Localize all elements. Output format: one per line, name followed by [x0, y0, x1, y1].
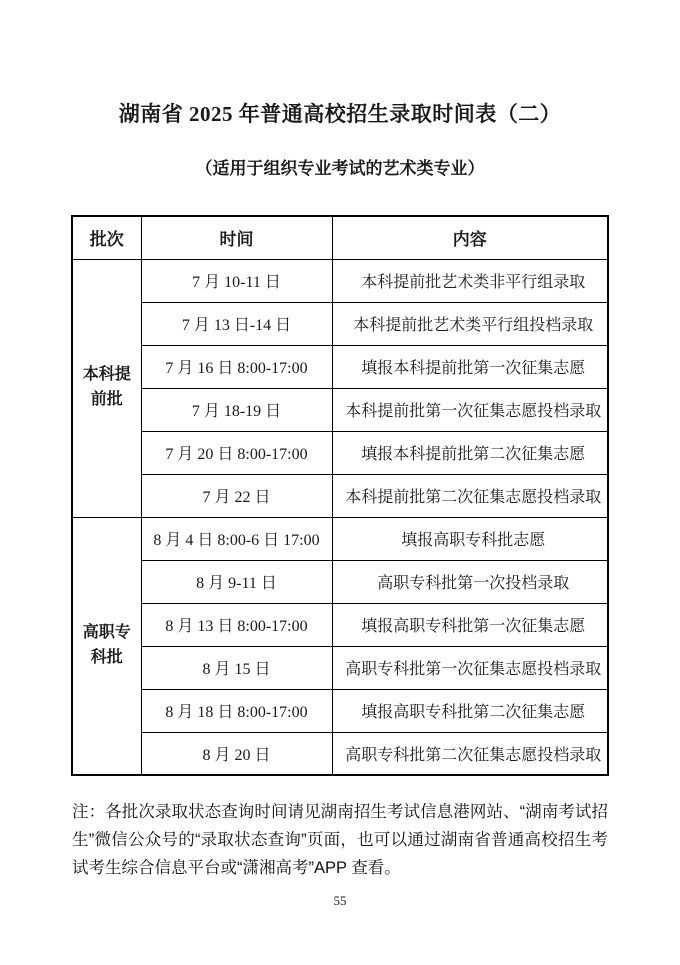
- table-row: 8 月 18 日 8:00-17:00 填报高职专科批第二次征集志愿: [72, 689, 608, 732]
- time-cell: 8 月 4 日 8:00-6 日 17:00: [141, 517, 332, 560]
- time-cell: 8 月 13 日 8:00-17:00: [141, 603, 332, 646]
- batch-cell-vocational-college: 高职专科批: [72, 517, 141, 775]
- column-header-batch: 批次: [72, 216, 141, 259]
- content-cell: 填报高职专科批第一次征集志愿: [332, 603, 608, 646]
- table-row: 7 月 22 日 本科提前批第二次征集志愿投档录取: [72, 474, 608, 517]
- table-row: 7 月 13 日-14 日 本科提前批艺术类平行组投档录取: [72, 302, 608, 345]
- table-row: 7 月 16 日 8:00-17:00 填报本科提前批第一次征集志愿: [72, 345, 608, 388]
- table-row: 本科提前批 7 月 10-11 日 本科提前批艺术类非平行组录取: [72, 259, 608, 302]
- column-header-content: 内容: [332, 216, 608, 259]
- content-cell: 高职专科批第一次征集志愿投档录取: [332, 646, 608, 689]
- time-cell: 7 月 16 日 8:00-17:00: [141, 345, 332, 388]
- table-row: 高职专科批 8 月 4 日 8:00-6 日 17:00 填报高职专科批志愿: [72, 517, 608, 560]
- time-cell: 8 月 15 日: [141, 646, 332, 689]
- time-cell: 8 月 18 日 8:00-17:00: [141, 689, 332, 732]
- time-cell: 7 月 22 日: [141, 474, 332, 517]
- time-cell: 8 月 20 日: [141, 732, 332, 775]
- table-row: 8 月 9-11 日 高职专科批第一次投档录取: [72, 560, 608, 603]
- table-row: 8 月 15 日 高职专科批第一次征集志愿投档录取: [72, 646, 608, 689]
- content-cell: 本科提前批艺术类平行组投档录取: [332, 302, 608, 345]
- page-number: 55: [0, 893, 680, 909]
- admission-schedule-table: 批次 时间 内容 本科提前批 7 月 10-11 日 本科提前批艺术类非平行组录…: [71, 215, 609, 776]
- table-row: 7 月 20 日 8:00-17:00 填报本科提前批第二次征集志愿: [72, 431, 608, 474]
- time-cell: 7 月 10-11 日: [141, 259, 332, 302]
- page-subtitle: （适用于组织专业考试的艺术类专业）: [0, 154, 680, 179]
- content-cell: 本科提前批艺术类非平行组录取: [332, 259, 608, 302]
- content-cell: 填报本科提前批第二次征集志愿: [332, 431, 608, 474]
- table-row: 8 月 20 日 高职专科批第二次征集志愿投档录取: [72, 732, 608, 775]
- time-cell: 7 月 18-19 日: [141, 388, 332, 431]
- content-cell: 高职专科批第二次征集志愿投档录取: [332, 732, 608, 775]
- document-page: 湖南省 2025 年普通高校招生录取时间表（二） （适用于组织专业考试的艺术类专…: [0, 0, 680, 965]
- time-cell: 8 月 9-11 日: [141, 560, 332, 603]
- content-cell: 本科提前批第一次征集志愿投档录取: [332, 388, 608, 431]
- time-cell: 7 月 20 日 8:00-17:00: [141, 431, 332, 474]
- page-title: 湖南省 2025 年普通高校招生录取时间表（二）: [0, 0, 680, 128]
- content-cell: 填报本科提前批第一次征集志愿: [332, 345, 608, 388]
- table-header-row: 批次 时间 内容: [72, 216, 608, 259]
- table-row: 8 月 13 日 8:00-17:00 填报高职专科批第一次征集志愿: [72, 603, 608, 646]
- time-cell: 7 月 13 日-14 日: [141, 302, 332, 345]
- content-cell: 填报高职专科批志愿: [332, 517, 608, 560]
- batch-cell-undergraduate-advance: 本科提前批: [72, 259, 141, 517]
- table-row: 7 月 18-19 日 本科提前批第一次征集志愿投档录取: [72, 388, 608, 431]
- content-cell: 填报高职专科批第二次征集志愿: [332, 689, 608, 732]
- footnote-text: 注：各批次录取状态查询时间请见湖南招生考试信息港网站、“湖南考试招生”微信公众号…: [72, 798, 608, 882]
- content-cell: 本科提前批第二次征集志愿投档录取: [332, 474, 608, 517]
- content-cell: 高职专科批第一次投档录取: [332, 560, 608, 603]
- column-header-time: 时间: [141, 216, 332, 259]
